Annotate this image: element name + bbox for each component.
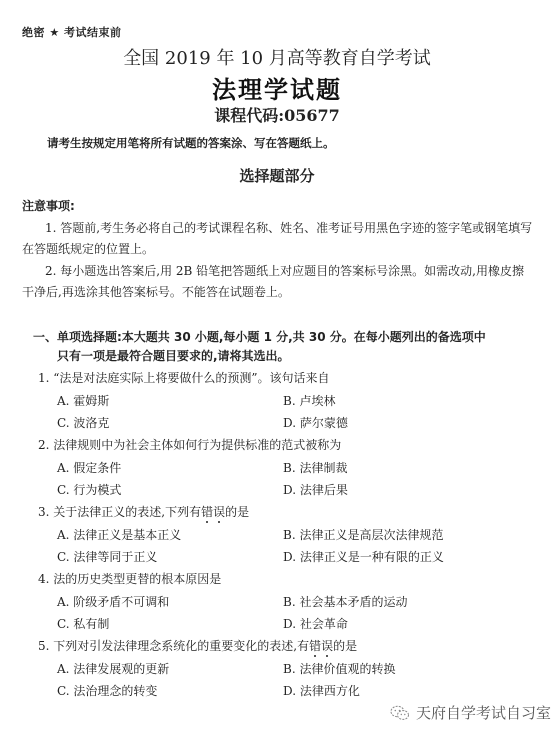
- question-1-stem: 1. “法是对法庭实际上将要做什么的预测”。该句话来自: [38, 369, 330, 386]
- question-2-option-a: A. 假定条件: [57, 459, 121, 476]
- question-5-option-c: C. 法治理念的转变: [57, 682, 157, 699]
- question-3-option-a: A. 法律正义是基本正义: [57, 526, 181, 543]
- question-5-stem: 5. 下列对引发法律理念系统化的重要变化的表述,有错误的是: [38, 637, 357, 654]
- note-2-line-1: 2. 每小题选出答案后,用 2B 铅笔把答题纸上对应题目的答案标号涂黑。如需改动…: [45, 262, 524, 279]
- question-4-option-a: A. 阶级矛盾不可调和: [57, 593, 169, 610]
- question-2-option-c: C. 行为模式: [57, 481, 121, 498]
- question-3-stem-pre: 3. 关于法律正义的表述,下列有: [38, 505, 201, 519]
- part-one-header-line-2: 只有一项是最符合题目要求的,请将其选出。: [57, 347, 290, 364]
- question-1-option-b: B. 卢埃林: [283, 392, 335, 409]
- question-3-emphasis-1: 错: [201, 505, 213, 519]
- watermark-text: 天府自学考试自习室: [416, 702, 551, 723]
- question-4-stem: 4. 法的历史类型更替的根本原因是: [38, 570, 221, 587]
- wechat-icon: [390, 705, 410, 721]
- note-2-line-2: 干净后,再选涂其他答案标号。不能答在试题卷上。: [22, 283, 290, 300]
- question-3-stem: 3. 关于法律正义的表述,下列有错误的是: [38, 503, 249, 520]
- instruction-text: 请考生按规定用笔将所有试题的答案涂、写在答题纸上。: [47, 135, 335, 151]
- question-3-option-d: D. 法律正义是一种有限的正义: [283, 548, 444, 565]
- question-1-option-a: A. 霍姆斯: [57, 392, 109, 409]
- question-4-option-c: C. 私有制: [57, 615, 109, 632]
- question-3-option-c: C. 法律等同于正义: [57, 548, 157, 565]
- note-1-line-1: 1. 答题前,考生务必将自己的考试课程名称、姓名、准考证号用黑色字迹的签字笔或钢…: [45, 219, 532, 236]
- course-code: 课程代码:05677: [0, 103, 554, 126]
- watermark: 天府自学考试自习室: [390, 702, 551, 723]
- question-5-option-d: D. 法律西方化: [283, 682, 360, 699]
- question-5-option-a: A. 法律发展观的更新: [57, 660, 169, 677]
- section-title: 选择题部分: [0, 165, 554, 186]
- question-4-option-d: D. 社会革命: [283, 615, 348, 632]
- question-3-stem-post: 的是: [225, 505, 249, 519]
- notes-label: 注意事项:: [22, 197, 75, 214]
- confidential-label: 绝密 ★ 考试结束前: [22, 24, 122, 40]
- question-3-emphasis-2: 误: [213, 505, 225, 519]
- question-2-option-d: D. 法律后果: [283, 481, 348, 498]
- question-5-emphasis-2: 误: [321, 639, 333, 653]
- part-one-header-line-1: 一、单项选择题:本大题共 30 小题,每小题 1 分,共 30 分。在每小题列出…: [33, 328, 486, 345]
- question-1-option-c: C. 波洛克: [57, 414, 109, 431]
- question-5-stem-pre: 5. 下列对引发法律理念系统化的重要变化的表述,有: [38, 639, 309, 653]
- question-2-option-b: B. 法律制裁: [283, 459, 347, 476]
- question-1-option-d: D. 萨尔蒙德: [283, 414, 348, 431]
- question-5-stem-post: 的是: [333, 639, 357, 653]
- question-2-stem: 2. 法律规则中为社会主体如何行为提供标准的范式被称为: [38, 436, 341, 453]
- question-5-option-b: B. 法律价值观的转换: [283, 660, 395, 677]
- question-4-option-b: B. 社会基本矛盾的运动: [283, 593, 407, 610]
- subject-title: 法理学试题: [0, 70, 554, 105]
- note-1-line-2: 在答题纸规定的位置上。: [22, 240, 154, 257]
- question-3-option-b: B. 法律正义是高层次法律规范: [283, 526, 443, 543]
- question-5-emphasis-1: 错: [309, 639, 321, 653]
- exam-title: 全国 2019 年 10 月高等教育自学考试: [0, 44, 554, 70]
